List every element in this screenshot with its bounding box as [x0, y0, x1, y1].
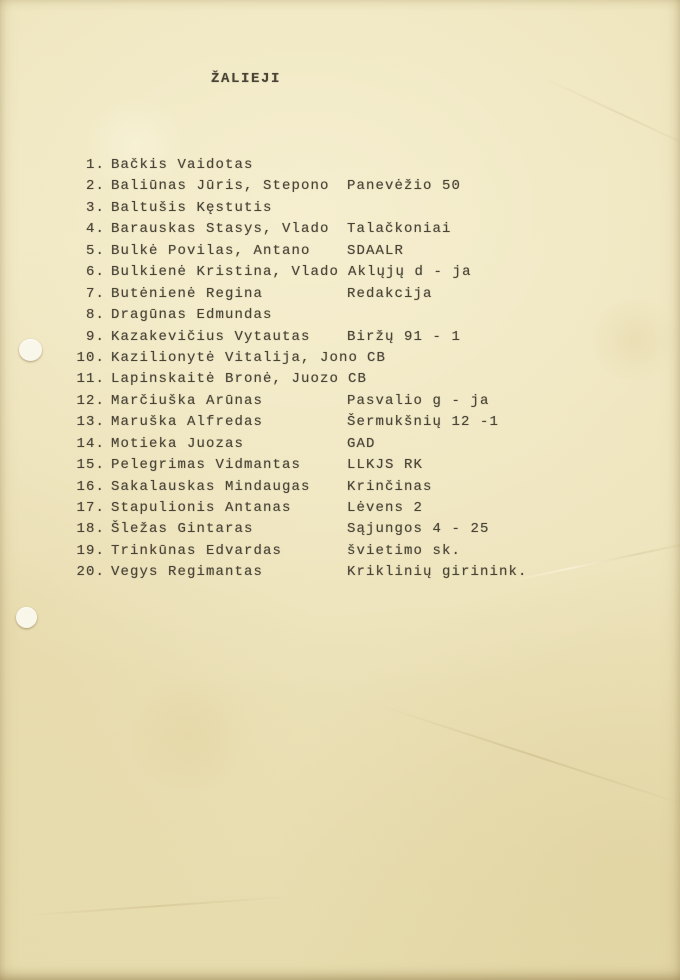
entry-info: Pasvalio g - ja	[347, 391, 490, 412]
punch-hole-top	[19, 339, 42, 361]
entry-number: 17.	[59, 498, 105, 519]
entry-name: Bulkienė Kristina, Vlado	[111, 262, 339, 283]
list-item: 7.Butėnienė ReginaRedakcija	[59, 284, 619, 305]
entry-number: 4.	[59, 219, 105, 240]
list-item: 14.Motieka JuozasGAD	[59, 434, 619, 455]
entry-name: Kazilionytė Vitalija, Jono	[111, 348, 358, 369]
list-item: 8.Dragūnas Edmundas	[59, 305, 619, 326]
list-item: 1.Bačkis Vaidotas	[59, 155, 619, 176]
list-item: 5.Bulkė Povilas, AntanoSDAALR	[59, 241, 619, 262]
entry-name: Motieka Juozas	[111, 434, 338, 455]
entry-name: Barauskas Stasys, Vlado	[111, 219, 338, 240]
entry-info: Lėvens 2	[347, 498, 423, 519]
list-item: 6.Bulkienė Kristina, VladoAklųjų d - ja	[59, 262, 619, 283]
entry-name: Bačkis Vaidotas	[111, 155, 338, 176]
entry-number: 19.	[59, 541, 105, 562]
list-item: 15.Pelegrimas VidmantasLLKJS RK	[59, 455, 619, 476]
entry-name: Marčiuška Arūnas	[111, 391, 338, 412]
entry-info: Krinčinas	[347, 477, 433, 498]
entry-name: Pelegrimas Vidmantas	[111, 455, 338, 476]
entry-info: Biržų 91 - 1	[347, 327, 461, 348]
entry-number: 16.	[59, 477, 105, 498]
entry-name: Butėnienė Regina	[111, 284, 338, 305]
list-item: 9.Kazakevičius VytautasBiržų 91 - 1	[59, 327, 619, 348]
entry-info: Sąjungos 4 - 25	[347, 519, 490, 540]
entry-name: Baliūnas Jūris, Stepono	[111, 176, 338, 197]
entry-info: CB	[348, 369, 367, 390]
entry-number: 13.	[59, 412, 105, 433]
entry-number: 3.	[59, 198, 105, 219]
entry-name: Lapinskaitė Bronė, Juozo	[111, 369, 339, 390]
entry-name: Vegys Regimantas	[111, 562, 338, 583]
entry-name: Maruška Alfredas	[111, 412, 338, 433]
entry-info: Aklųjų d - ja	[348, 262, 472, 283]
scanned-page: ŽALIEJI 1.Bačkis Vaidotas2.Baliūnas Jūri…	[0, 0, 680, 980]
entry-name: Kazakevičius Vytautas	[111, 327, 338, 348]
entry-number: 14.	[59, 434, 105, 455]
paper-stain	[120, 680, 260, 790]
entry-info: Šermukšnių 12 -1	[347, 412, 499, 433]
entry-info: GAD	[347, 434, 376, 455]
entry-name: Baltušis Kęstutis	[111, 198, 338, 219]
entry-name: Dragūnas Edmundas	[111, 305, 338, 326]
entry-name: Stapulionis Antanas	[111, 498, 338, 519]
entry-name: Sakalauskas Mindaugas	[111, 477, 338, 498]
list-item: 4.Barauskas Stasys, VladoTalačkoniai	[59, 219, 619, 240]
entry-info: CB	[367, 348, 386, 369]
entry-info: LLKJS RK	[347, 455, 423, 476]
entry-number: 15.	[59, 455, 105, 476]
entry-name: Šležas Gintaras	[111, 519, 338, 540]
list-item: 3.Baltušis Kęstutis	[59, 198, 619, 219]
entry-info: SDAALR	[347, 241, 404, 262]
entry-number: 12.	[59, 391, 105, 412]
entry-info: Redakcija	[347, 284, 433, 305]
entry-number: 2.	[59, 176, 105, 197]
entry-number: 1.	[59, 155, 105, 176]
entry-info: Panevėžio 50	[347, 176, 461, 197]
entry-info: Talačkoniai	[347, 219, 452, 240]
entry-number: 9.	[59, 327, 105, 348]
entry-number: 11.	[59, 369, 105, 390]
paper-sheet: ŽALIEJI 1.Bačkis Vaidotas2.Baliūnas Jūri…	[0, 0, 680, 980]
entry-list: 1.Bačkis Vaidotas2.Baliūnas Jūris, Stepo…	[59, 155, 619, 584]
entry-info: švietimo sk.	[347, 541, 461, 562]
list-item: 2.Baliūnas Jūris, SteponoPanevėžio 50	[59, 176, 619, 197]
document-title: ŽALIEJI	[211, 71, 281, 87]
list-item: 18.Šležas GintarasSąjungos 4 - 25	[59, 519, 619, 540]
list-item: 12.Marčiuška ArūnasPasvalio g - ja	[59, 391, 619, 412]
entry-number: 6.	[59, 262, 105, 283]
entry-number: 20.	[59, 562, 105, 583]
entry-number: 18.	[59, 519, 105, 540]
list-item: 19.Trinkūnas Edvardasšvietimo sk.	[59, 541, 619, 562]
punch-hole-bottom	[16, 607, 37, 628]
list-item: 16.Sakalauskas MindaugasKrinčinas	[59, 477, 619, 498]
list-item: 20.Vegys RegimantasKriklinių girinink.	[59, 562, 619, 583]
list-item: 10.Kazilionytė Vitalija, JonoCB	[59, 348, 619, 369]
entry-number: 7.	[59, 284, 105, 305]
entry-name: Bulkė Povilas, Antano	[111, 241, 338, 262]
entry-name: Trinkūnas Edvardas	[111, 541, 338, 562]
paper-crease	[538, 75, 680, 157]
entry-number: 5.	[59, 241, 105, 262]
entry-number: 10.	[59, 348, 105, 369]
paper-crease	[30, 896, 290, 916]
list-item: 17.Stapulionis AntanasLėvens 2	[59, 498, 619, 519]
entry-number: 8.	[59, 305, 105, 326]
paper-crease	[378, 704, 680, 808]
entry-info: Kriklinių girinink.	[347, 562, 528, 583]
list-item: 11.Lapinskaitė Bronė, JuozoCB	[59, 369, 619, 390]
list-item: 13.Maruška AlfredasŠermukšnių 12 -1	[59, 412, 619, 433]
